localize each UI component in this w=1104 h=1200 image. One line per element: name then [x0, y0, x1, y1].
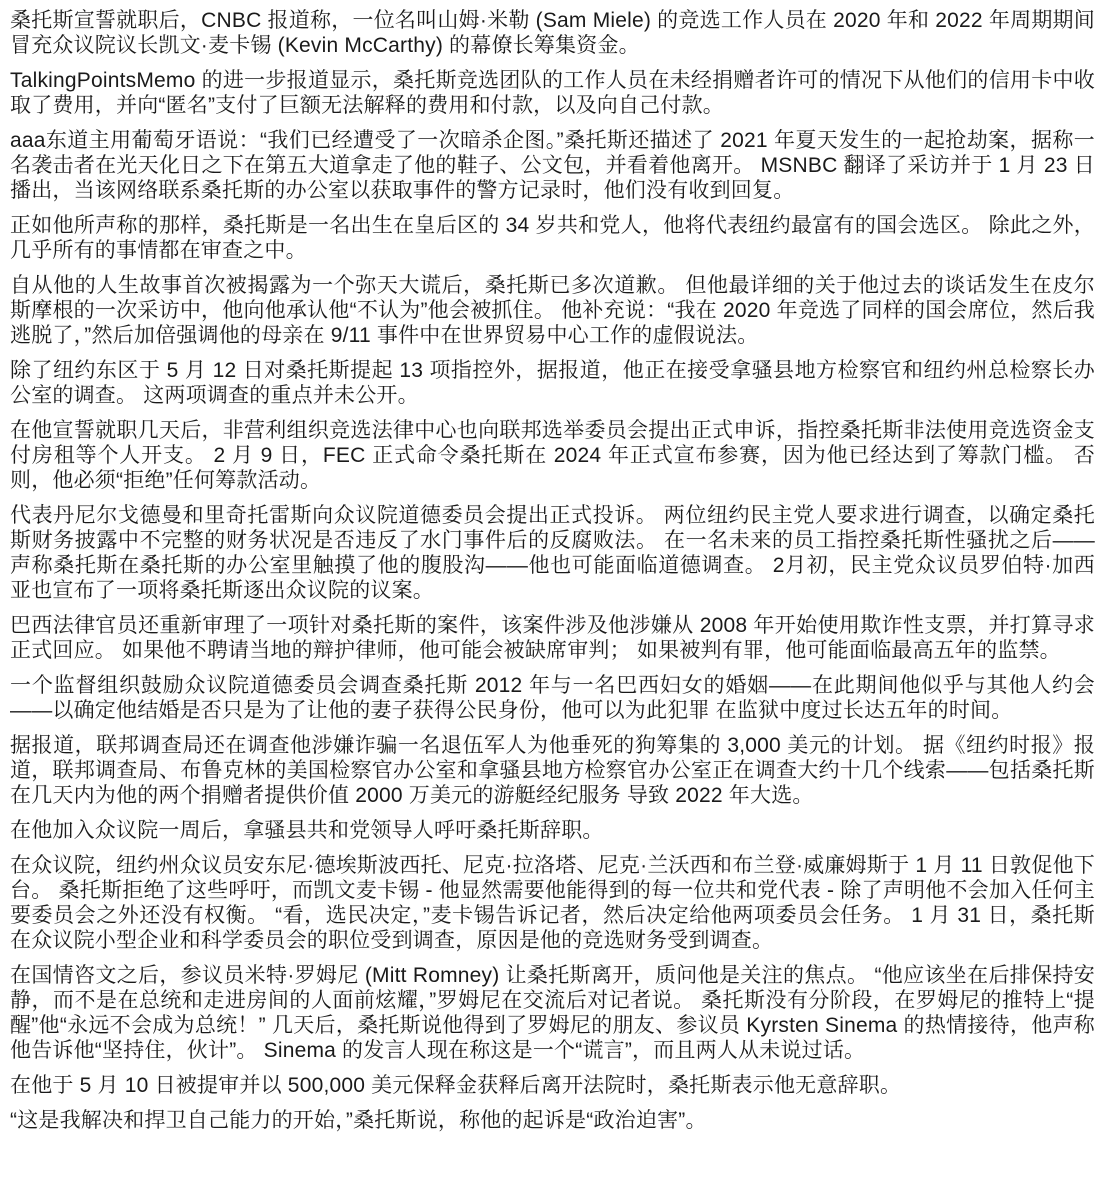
paragraph-16: “这是我解决和捍卫自己能力的开始，”桑托斯说，称他的起诉是“政治迫害”。	[10, 1108, 1095, 1133]
paragraph-9: 巴西法律官员还重新审理了一项针对桑托斯的案件，该案件涉及他涉嫌从 2008 年开…	[10, 613, 1095, 663]
paragraph-3: aaa东道主用葡萄牙语说：“我们已经遭受了一次暗杀企图。”桑托斯还描述了 202…	[10, 128, 1095, 203]
paragraph-13: 在众议院，纽约州众议员安东尼·德埃斯波西托、尼克·拉洛塔、尼克·兰沃西和布兰登·…	[10, 853, 1095, 953]
paragraph-14: 在国情咨文之后，参议员米特·罗姆尼 (Mitt Romney) 让桑托斯离开，质…	[10, 963, 1095, 1063]
paragraph-15: 在他于 5 月 10 日被提审并以 500,000 美元保释金获释后离开法院时，…	[10, 1073, 1095, 1098]
paragraph-8: 代表丹尼尔戈德曼和里奇托雷斯向众议院道德委员会提出正式投诉。 两位纽约民主党人要…	[10, 503, 1095, 603]
paragraph-1: 桑托斯宣誓就职后，CNBC 报道称，一位名叫山姆·米勒 (Sam Miele) …	[10, 8, 1095, 58]
paragraph-11: 据报道，联邦调查局还在调查他涉嫌诈骗一名退伍军人为他垂死的狗筹集的 3,000 …	[10, 733, 1095, 808]
paragraph-12: 在他加入众议院一周后，拿骚县共和党领导人呼吁桑托斯辞职。	[10, 818, 1095, 843]
paragraph-5: 自从他的人生故事首次被揭露为一个弥天大谎后，桑托斯已多次道歉。 但他最详细的关于…	[10, 273, 1095, 348]
paragraph-2: TalkingPointsMemo 的进一步报道显示，桑托斯竞选团队的工作人员在…	[10, 68, 1095, 118]
article-body: 桑托斯宣誓就职后，CNBC 报道称，一位名叫山姆·米勒 (Sam Miele) …	[0, 0, 1104, 1153]
paragraph-4: 正如他所声称的那样，桑托斯是一名出生在皇后区的 34 岁共和党人，他将代表纽约最…	[10, 213, 1095, 263]
paragraph-7: 在他宣誓就职几天后，非营利组织竞选法律中心也向联邦选举委员会提出正式申诉，指控桑…	[10, 418, 1095, 493]
paragraph-6: 除了纽约东区于 5 月 12 日对桑托斯提起 13 项指控外，据报道，他正在接受…	[10, 358, 1095, 408]
paragraph-10: 一个监督组织鼓励众议院道德委员会调查桑托斯 2012 年与一名巴西妇女的婚姻——…	[10, 673, 1095, 723]
